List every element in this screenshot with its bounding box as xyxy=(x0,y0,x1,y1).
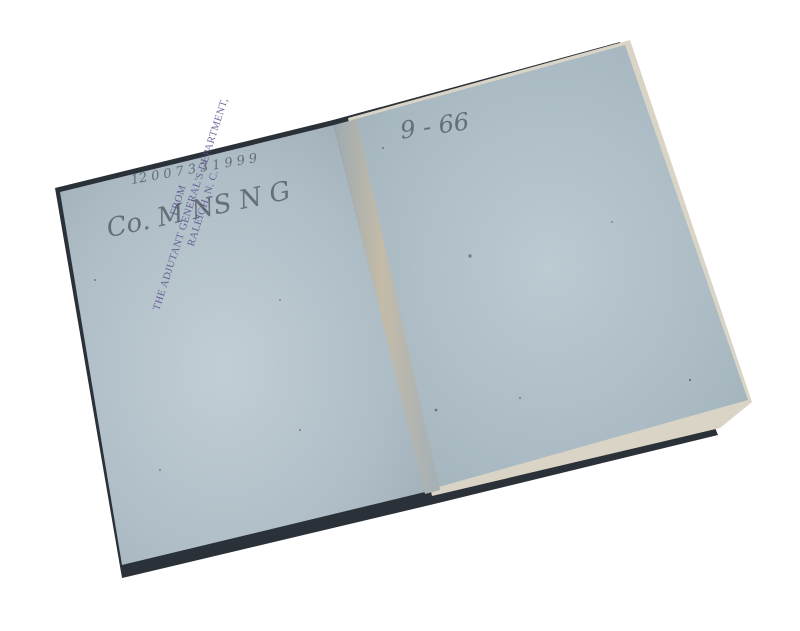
open-book-illustration xyxy=(0,0,800,631)
book-photo: 12 0 0 7 3 3 1 9 9 9 Co. M NS N G 9 - 66… xyxy=(0,0,800,631)
